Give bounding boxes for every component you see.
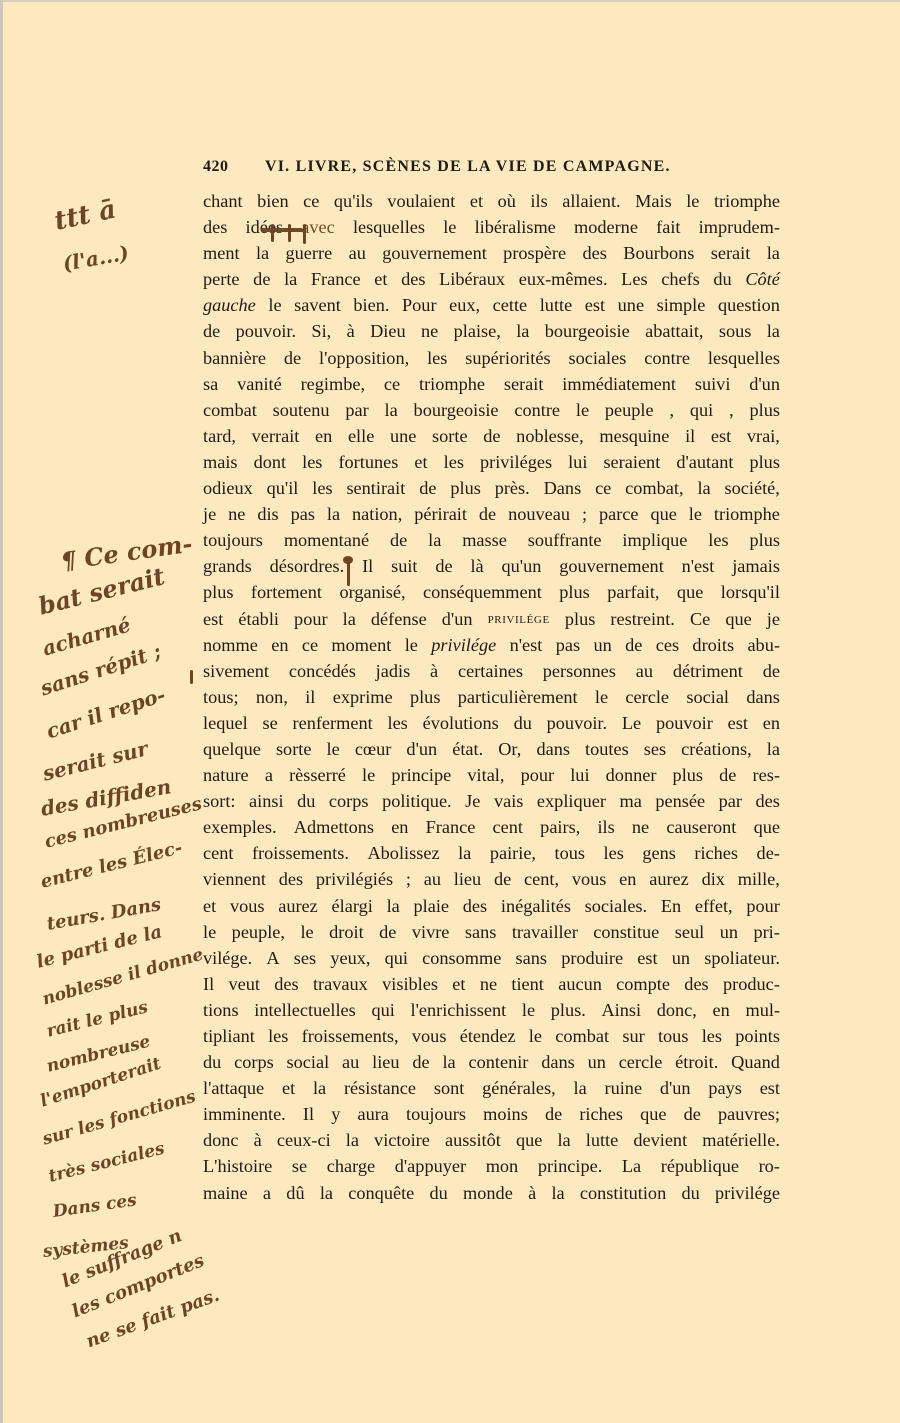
text-line: sivementconcédésjadisàcertainespersonnes… [203, 658, 780, 684]
text-line: vilége.Asesyeux,quiconsommesansproduiree… [203, 945, 780, 971]
text-line: lepeuple,ledroitdevivresanstravaillercon… [203, 919, 780, 945]
text-line: Ilveutdestravauxvisiblesetnetientaucunco… [203, 971, 780, 997]
text-line: viennentdesprivilégiés;aulieudecent,vous… [203, 866, 780, 892]
text-line: etvousaurezélargilaplaiedesinégalitéssoc… [203, 893, 780, 919]
margin-bar-mark [190, 670, 193, 684]
text-line: mentlaguerreaugouvernementprospèredesBou… [203, 240, 780, 266]
text-line: chantbiencequ'ilsvoulaientetoùilsallaien… [203, 188, 780, 214]
book-page: 420VI. LIVRE, SCÈNES DE LA VIE DE CAMPAG… [0, 0, 900, 1423]
text-line: lequelserenfermentlesévolutionsdupouvoir… [203, 710, 780, 736]
margin-note-top-1: ttt ā [52, 194, 119, 236]
text-line: tipliantlesfroissements,vousétendezlecom… [203, 1023, 780, 1049]
text-line: odieuxqu'illessentiraitdeplusprès.Dansce… [203, 475, 780, 501]
strikethrough-mark [261, 228, 303, 232]
strike-tick-1 [271, 224, 274, 242]
running-header: 420VI. LIVRE, SCÈNES DE LA VIE DE CAMPAG… [203, 158, 783, 176]
text-line: gauchelesaventbien.Poureux,cettelutteest… [203, 292, 780, 318]
text-line: combatsoutenuparlabourgeoisiecontrelepeu… [203, 397, 780, 423]
text-line: pertedelaFranceetdesLibérauxeux-mêmes.Le… [203, 266, 780, 292]
text-line: l'attaqueetlarésistancesontgénérales,lar… [203, 1075, 780, 1101]
text-line: tous;non,ilexprimeplusparticulièrementle… [203, 684, 780, 710]
text-line: grandsdésordres.Ilsuitdelàqu'ungouvernem… [203, 553, 780, 579]
text-line: tard,verraitenelleunesortedenoblesse,mes… [203, 423, 780, 449]
text-line: maineadûlaconquêtedumondeàlaconstitution… [203, 1180, 780, 1206]
text-line: naturearèsserréleprincipevital,pourluido… [203, 762, 780, 788]
page-number: 420 [203, 158, 265, 176]
text-line: bannièredel'opposition,lessupérioritésso… [203, 345, 780, 371]
text-line: maisdontlesfortunesetlesprivilégesluiser… [203, 449, 780, 475]
text-line: exemples.AdmettonsenFrancecentpairs,ilsn… [203, 814, 780, 840]
text-line: imminente.Ilyauratoujoursmoinsderichesqu… [203, 1101, 780, 1127]
text-line: toujoursmomentanédelamassesouffranteimpl… [203, 527, 780, 553]
text-line: ducorpssocialaulieudelacontenirdansuncer… [203, 1049, 780, 1075]
paragraph-insert-dot [343, 556, 353, 564]
text-line: L'histoiresecharged'appuyermonprincipe.L… [203, 1153, 780, 1179]
text-line: depouvoir.Si,àDieuneplaise,labourgeoisie… [203, 318, 780, 344]
text-line: plusfortementorganisé,conséquemmentplusp… [203, 579, 780, 605]
text-line: jenedispaslanation,périraitdenouveau;par… [203, 501, 780, 527]
text-line: sort:ainsiducorpspolitique.Jevaisexpliqu… [203, 788, 780, 814]
strike-tick-2 [288, 224, 291, 242]
text-line: nommeencemomentleprivilégen'estpasundece… [203, 632, 780, 658]
running-title: VI. LIVRE, SCÈNES DE LA VIE DE CAMPAGNE. [265, 158, 671, 175]
text-line: savanitéregimbe,cetriompheseraitimmédiat… [203, 371, 780, 397]
body-text: chantbiencequ'ilsvoulaientetoùilsallaien… [203, 188, 780, 1206]
insertion-bracket-mark [303, 224, 306, 244]
text-line: tionsintellectuellesquil'enrichissentlep… [203, 997, 780, 1023]
margin-note-line: serait sur [40, 736, 150, 785]
margin-note-top-2: (l'a...) [61, 241, 131, 276]
text-line: doncàceux-cilavictoireaussitôtquelalutte… [203, 1127, 780, 1153]
margin-note-line: très sociales [47, 1139, 167, 1187]
margin-note-line: Dans ces [52, 1190, 138, 1222]
text-line: centfroissements.Abolissezlapairie,tousl… [203, 840, 780, 866]
text-line: quelquesortelecœurd'unétat.Or,danstoutes… [203, 736, 780, 762]
text-line: estétablipourladéfensed'unprivilégeplusr… [203, 606, 780, 632]
